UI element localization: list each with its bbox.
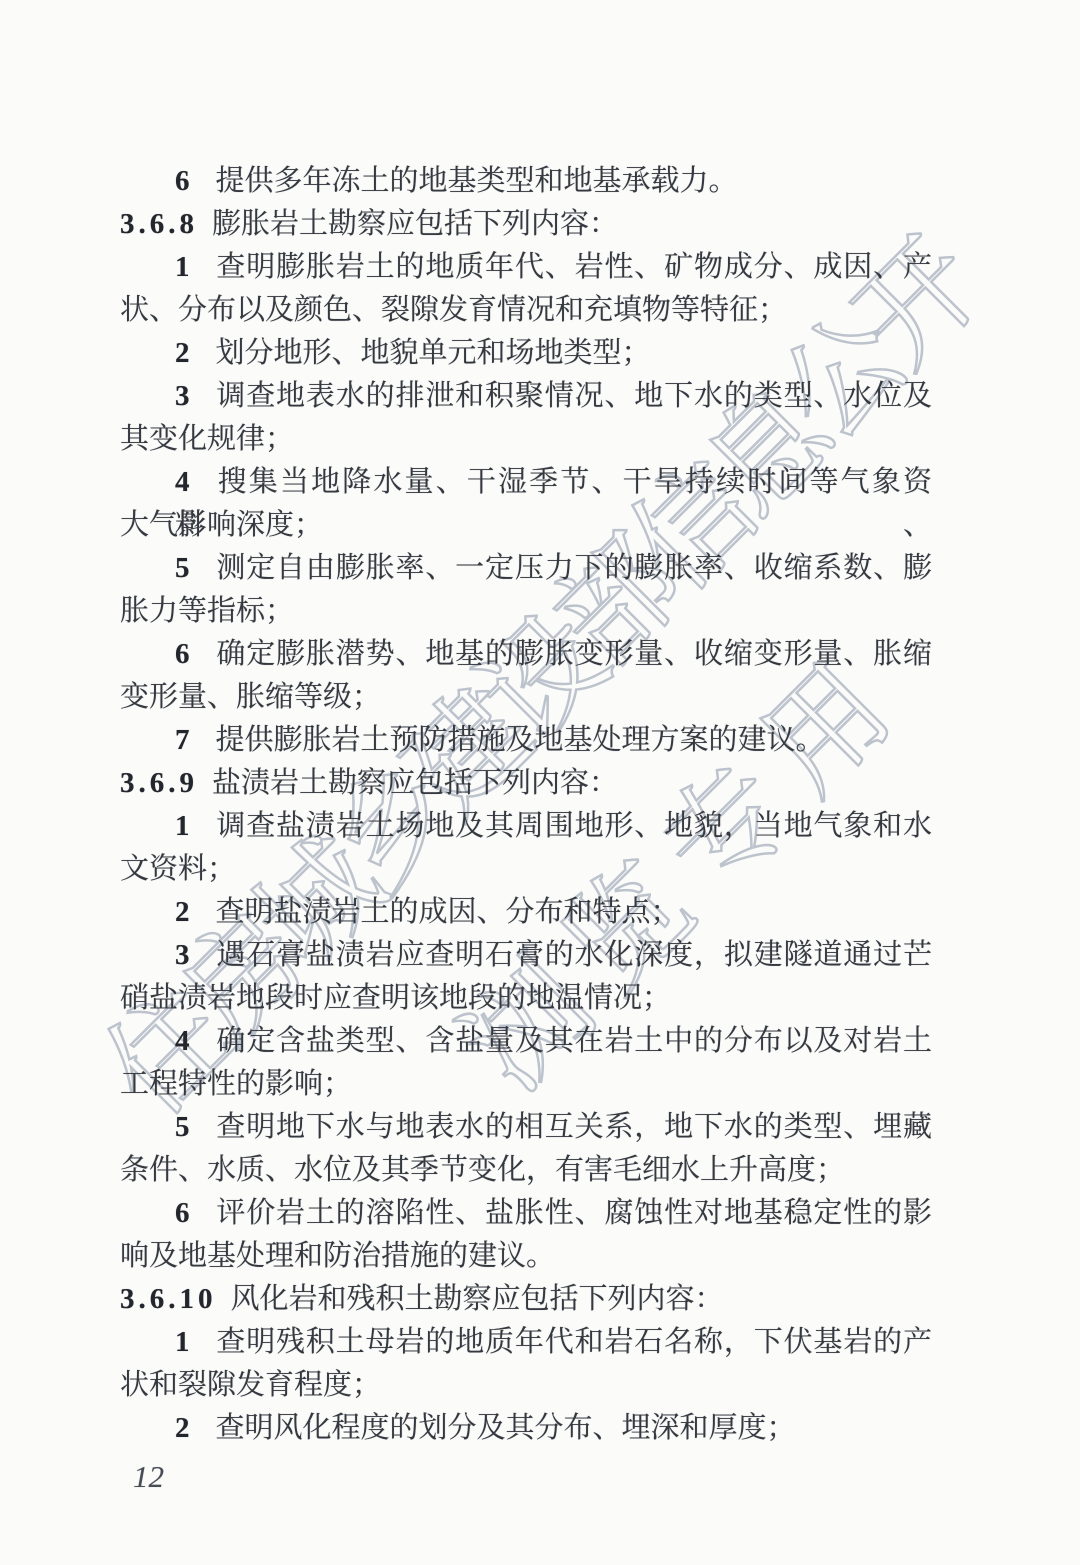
line-text: 响及地基处理和防治措施的建议。 (120, 1240, 555, 1272)
line-text: 工程特性的影响； (120, 1068, 352, 1100)
line-text: 遇石膏盐渍岩应查明石膏的水化深度，拟建隧道通过芒 (216, 939, 933, 971)
text-line: 3调查地表水的排泄和积聚情况、地下水的类型、水位及 (120, 375, 932, 418)
item-number: 3 (175, 380, 190, 412)
line-text: 评价岩土的溶陷性、盐胀性、腐蚀性对地基稳定性的影 (216, 1197, 933, 1229)
line-text: 查明风化程度的划分及其分布、埋深和厚度； (216, 1412, 796, 1444)
item-number: 6 (175, 165, 190, 197)
line-text: 大气影响深度； (120, 509, 323, 541)
line-text: 调查地表水的排泄和积聚情况、地下水的类型、水位及 (216, 380, 933, 412)
text-line: 条件、水质、水位及其季节变化，有害毛细水上升高度； (120, 1149, 932, 1192)
text-line: 2查明风化程度的划分及其分布、埋深和厚度； (120, 1407, 932, 1450)
item-number: 5 (175, 552, 190, 584)
text-line: 3遇石膏盐渍岩应查明石膏的水化深度，拟建隧道通过芒 (120, 934, 932, 977)
line-text: 确定膨胀潜势、地基的膨胀变形量、收缩变形量、胀缩 (216, 638, 933, 670)
item-number: 6 (175, 1197, 190, 1229)
line-text: 测定自由膨胀率、一定压力下的膨胀率、收缩系数、膨 (216, 552, 933, 584)
text-line: 状、分布以及颜色、裂隙发育情况和充填物等特征； (120, 289, 932, 332)
line-text: 确定含盐类型、含盐量及其在岩土中的分布以及对岩土 (216, 1025, 933, 1057)
item-number: 4 (175, 1025, 190, 1057)
line-text: 风化岩和残积土勘察应包括下列内容： (231, 1283, 724, 1315)
text-line: 7提供膨胀岩土预防措施及地基处理方案的建议。 (120, 719, 932, 762)
line-text: 划分地形、地貌单元和场地类型； (216, 337, 651, 369)
text-line: 胀力等指标； (120, 590, 932, 633)
item-number: 1 (175, 251, 190, 283)
document-body: 6提供多年冻土的地基类型和地基承载力。3.6.8膨胀岩土勘察应包括下列内容：1查… (120, 160, 932, 1450)
item-number: 2 (175, 1412, 190, 1444)
text-line: 其变化规律； (120, 418, 932, 461)
text-line: 文资料； (120, 848, 932, 891)
item-number: 5 (175, 1111, 190, 1143)
line-text: 调查盐渍岩土场地及其周围地形、地貌，当地气象和水 (216, 810, 933, 842)
text-line: 2查明盐渍岩土的成因、分布和特点； (120, 891, 932, 934)
line-text: 条件、水质、水位及其季节变化，有害毛细水上升高度； (120, 1154, 845, 1186)
line-text: 变形量、胀缩等级； (120, 681, 381, 713)
item-number: 2 (175, 337, 190, 369)
text-line: 5测定自由膨胀率、一定压力下的膨胀率、收缩系数、膨 (120, 547, 932, 590)
text-line: 硝盐渍岩地段时应查明该地段的地温情况； (120, 977, 932, 1020)
text-line: 5查明地下水与地表水的相互关系，地下水的类型、埋藏 (120, 1106, 932, 1149)
item-number: 6 (175, 638, 190, 670)
line-text: 其变化规律； (120, 423, 294, 455)
line-text: 文资料； (120, 853, 236, 885)
line-text: 状和裂隙发育程度； (120, 1369, 381, 1401)
line-text: 提供多年冻土的地基类型和地基承载力。 (216, 165, 738, 197)
text-line: 4确定含盐类型、含盐量及其在岩土中的分布以及对岩土 (120, 1020, 932, 1063)
line-text: 盐渍岩土勘察应包括下列内容： (212, 767, 618, 799)
line-text: 提供膨胀岩土预防措施及地基处理方案的建议。 (216, 724, 825, 756)
section-number: 3.6.8 (120, 208, 198, 240)
line-text: 状、分布以及颜色、裂隙发育情况和充填物等特征； (120, 294, 787, 326)
text-line: 1调查盐渍岩土场地及其周围地形、地貌，当地气象和水 (120, 805, 932, 848)
item-number: 2 (175, 896, 190, 928)
line-text: 查明膨胀岩土的地质年代、岩性、矿物成分、成因、产 (216, 251, 933, 283)
line-text: 胀力等指标； (120, 595, 294, 627)
line-text: 查明盐渍岩土的成因、分布和特点； (216, 896, 680, 928)
item-number: 1 (175, 1326, 190, 1358)
page-number: 12 (133, 1455, 164, 1498)
section-number: 3.6.9 (120, 767, 198, 799)
text-line: 6评价岩土的溶陷性、盐胀性、腐蚀性对地基稳定性的影 (120, 1192, 932, 1235)
text-line: 工程特性的影响； (120, 1063, 932, 1106)
section-number: 3.6.10 (120, 1283, 217, 1315)
text-line: 4搜集当地降水量、干湿季节、干旱持续时间等气象资料、 (120, 461, 932, 504)
section-line: 3.6.8膨胀岩土勘察应包括下列内容： (120, 203, 932, 246)
section-line: 3.6.9盐渍岩土勘察应包括下列内容： (120, 762, 932, 805)
text-line: 6确定膨胀潜势、地基的膨胀变形量、收缩变形量、胀缩 (120, 633, 932, 676)
text-line: 1查明残积土母岩的地质年代和岩石名称，下伏基岩的产 (120, 1321, 932, 1364)
item-number: 1 (175, 810, 190, 842)
document-page: 住房城乡建设部信息公开 浏览专用 6提供多年冻土的地基类型和地基承载力。3.6.… (0, 0, 1080, 1565)
item-number: 3 (175, 939, 190, 971)
text-line: 状和裂隙发育程度； (120, 1364, 932, 1407)
text-line: 6提供多年冻土的地基类型和地基承载力。 (120, 160, 932, 203)
line-text: 查明残积土母岩的地质年代和岩石名称，下伏基岩的产 (216, 1326, 933, 1358)
text-line: 变形量、胀缩等级； (120, 676, 932, 719)
text-line: 响及地基处理和防治措施的建议。 (120, 1235, 932, 1278)
line-text: 硝盐渍岩地段时应查明该地段的地温情况； (120, 982, 671, 1014)
line-text: 查明地下水与地表水的相互关系，地下水的类型、埋藏 (216, 1111, 933, 1143)
line-text: 膨胀岩土勘察应包括下列内容： (212, 208, 618, 240)
text-line: 2划分地形、地貌单元和场地类型； (120, 332, 932, 375)
item-number: 7 (175, 724, 190, 756)
section-line: 3.6.10风化岩和残积土勘察应包括下列内容： (120, 1278, 932, 1321)
text-line: 1查明膨胀岩土的地质年代、岩性、矿物成分、成因、产 (120, 246, 932, 289)
item-number: 4 (175, 466, 190, 498)
